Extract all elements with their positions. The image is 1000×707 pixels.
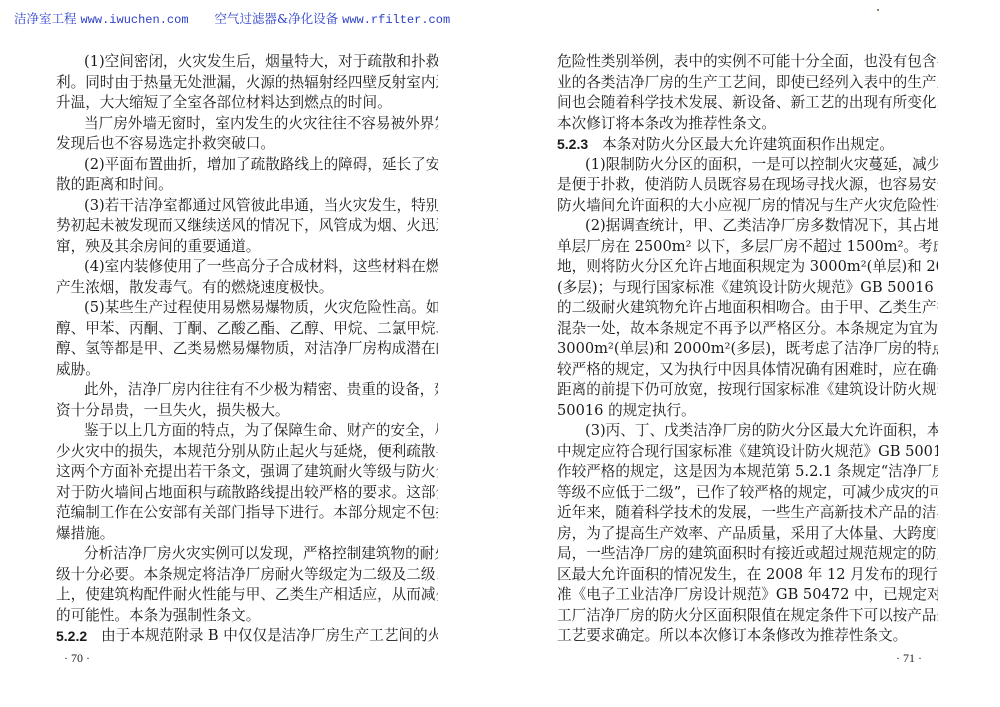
text-line: 近年来，随着科学技术的发展，一些生产高新技术产品的洁净厂: [557, 503, 938, 524]
text-line: 产生浓烟，散发毒气。有的燃烧速度极快。: [56, 278, 438, 299]
text-line: (4)室内装修使用了一些高分子合成材料，这些材料在燃烧时: [56, 257, 438, 278]
site1-url: www.iwuchen.com: [81, 13, 189, 27]
text-line: 鉴于以上几方面的特点，为了保障生命、财产的安全，尽量减: [56, 421, 438, 442]
text-line: 这两个方面补充提出若干条文，强调了建筑耐火等级与防火分隔，: [56, 462, 438, 483]
text-line: (3)若干洁净室都通过风管彼此串通，当火灾发生，特别是火: [56, 196, 438, 217]
section-5-2-3-line: 5.2.3本条对防火分区最大允许建筑面积作出规定。: [557, 134, 938, 155]
text-line: 利。同时由于热量无处泄漏，火源的热辐射经四壁反射室内迅速: [56, 73, 438, 94]
text-line: (2)平面布置曲折，增加了疏散路线上的障碍，延长了安全疏: [56, 155, 438, 176]
site1-name: 洁净室工程: [14, 11, 77, 26]
text-line: (1)限制防火分区的面积，一是可以控制火灾蔓延，减少损失；二: [557, 155, 938, 176]
section-text: 由于本规范附录 B 中仅仅是洁净厂房生产工艺间的火灾: [101, 626, 438, 647]
text-line: 工厂洁净厂房的防火分区面积限值在规定条件下可以按产品生产: [557, 606, 938, 627]
text-line: 级十分必要。本条规定将洁净厂房耐火等级定为二级及二级以: [56, 565, 438, 586]
text-line: 发现后也不容易选定扑救突破口。: [56, 134, 438, 155]
text-line: (3)丙、丁、戊类洁净厂房的防火分区最大允许面积，本次修订: [557, 421, 938, 442]
text-line: 爆措施。: [56, 524, 438, 545]
text-line: 混杂一处，故本条规定不再予以严格区分。本条规定为宜为: [557, 319, 938, 340]
text-line: 业的各类洁净厂房的生产工艺间，即使已经列入表中的生产工艺: [557, 73, 938, 94]
text-line: 地，则将防火分区允许占地面积规定为 3000m²(单层)和 2000m²: [557, 257, 938, 278]
section-number: 5.2.3: [557, 136, 588, 152]
text-line: 威胁。: [56, 360, 438, 381]
text-line: 中规定应符合现行国家标准《建筑设计防火规范》GB 50016，不再: [557, 442, 938, 463]
text-line: 少火灾中的损失，本规范分别从防止起火与延烧，便利疏散与抢救: [56, 442, 438, 463]
section-5-2-2-line: 5.2.2 由于本规范附录 B 中仅仅是洁净厂房生产工艺间的火灾: [56, 626, 438, 647]
text-line: 准《电子工业洁净厂房设计规范》GB 50472 中，已规定对丙类电子: [557, 585, 938, 606]
text-line: 等级不应低于二级”，已作了较严格的规定，可减少成灾的可能性。: [557, 483, 938, 504]
site2-url: www.rfilter.com: [342, 13, 450, 27]
section-text: 本条对防火分区最大允许建筑面积作出规定。: [602, 136, 894, 153]
text-line: 此外，洁净厂房内往往有不少极为精密、贵重的设备，建设投: [56, 380, 438, 401]
watermark-header: 洁净室工程 www.iwuchen.com 空气过滤器&净化设备 www.rfi…: [14, 9, 450, 27]
text-line: 间也会随着科学技术发展、新设备、新工艺的出现有所变化，所以: [557, 93, 938, 114]
text-line: (2)据调查统计，甲、乙类洁净厂房多数情况下，其占地面积，: [557, 216, 938, 237]
text-line: 本次修订将本条改为推荐性条文。: [557, 114, 938, 135]
text-line: (多层)；与现行国家标准《建筑设计防火规范》GB 50016 甲类生产: [557, 278, 938, 299]
text-line: 局，一些洁净厂房的建筑面积时有接近或超过规范规定的防火分: [557, 544, 938, 565]
text-line: 3000m²(单层)和 2000m²(多层)，既考虑了洁净厂房的特点作了: [557, 339, 938, 360]
text-line: 是便于扑救，使消防人员既容易在现场寻找火源，也容易安全撤离。: [557, 175, 938, 196]
text-line: (5)某些生产过程使用易燃易爆物质，火灾危险性高。如甲: [56, 298, 438, 319]
page-number-right: · 71 ·: [896, 651, 922, 666]
text-line: 作较严格的规定，这是因为本规范第 5.2.1 条规定“洁净厂房耐火: [557, 462, 938, 483]
text-line: 的可能性。本条为强制性条文。: [56, 606, 438, 627]
text-line: 上，使建筑构配件耐火性能与甲、乙类生产相适应，从而减少成灾: [56, 585, 438, 606]
right-page-text: 危险性类别举例，表中的实例不可能十分全面，也没有包含各行各 业的各类洁净厂房的生…: [557, 52, 938, 647]
left-page-text: (1)空间密闭，火灾发生后，烟量特大，对于疏散和扑救极为不 利。同时由于热量无处…: [56, 52, 438, 647]
text-line: 势初起未被发现而又继续送风的情况下，风管成为烟、火迅速外: [56, 216, 438, 237]
text-line: 房，为了提高生产效率、产品质量，采用了大体量、大跨度的厂房布: [557, 524, 938, 545]
text-line: 危险性类别举例，表中的实例不可能十分全面，也没有包含各行各: [557, 52, 938, 73]
text-line: 较严格的规定，又为执行中因具体情况确有困难时，应在确保疏散: [557, 360, 938, 381]
text-line: 工艺要求确定。所以本次修订本条修改为推荐性条文。: [557, 626, 938, 647]
text-line: 窜，殃及其余房间的重要通道。: [56, 237, 438, 258]
text-line: 散的距离和时间。: [56, 175, 438, 196]
text-line: 分析洁净厂房火灾实例可以发现，严格控制建筑物的耐火等: [56, 544, 438, 565]
text-line: 范编制工作在公安部有关部门指导下进行。本部分规定不包括防: [56, 503, 438, 524]
text-line: 50016 的规定执行。: [557, 401, 938, 422]
text-line: 升温，大大缩短了全室各部位材料达到燃点的时间。: [56, 93, 438, 114]
text-line: 对于防火墙间占地面积与疏散路线提出较严格的要求。这部分规: [56, 483, 438, 504]
text-line: 醇、氢等都是甲、乙类易燃易爆物质，对洁净厂房构成潜在的火灾: [56, 339, 438, 360]
text-line: 单层厂房在 2500m² 以下，多层厂房不超过 1500m²。考虑略留余: [557, 237, 938, 258]
text-line: 防火墙间允许面积的大小应视厂房的情况与生产火灾危险性确定。: [557, 196, 938, 217]
page-number-left: · 70 ·: [64, 651, 90, 666]
text-line: 资十分昂贵，一旦失火，损失极大。: [56, 401, 438, 422]
text-line: 距离的前提下仍可放宽，按现行国家标准《建筑设计防火规范》GB: [557, 380, 938, 401]
text-line: 的二级耐火建筑物允许占地面积相吻合。由于甲、乙类生产往往: [557, 298, 938, 319]
text-line: 醇、甲苯、丙酮、丁酮、乙酸乙酯、乙醇、甲烷、二氯甲烷、硅烷、异丙: [56, 319, 438, 340]
text-line: 区最大允许面积的情况发生，在 2008 年 12 月发布的现行国家标: [557, 565, 938, 586]
scan-speck: [877, 9, 879, 11]
text-line: (1)空间密闭，火灾发生后，烟量特大，对于疏散和扑救极为不: [56, 52, 438, 73]
site2-name: 空气过滤器&净化设备: [215, 11, 339, 26]
text-line: 当厂房外墙无窗时，室内发生的火灾往往不容易被外界发现，: [56, 114, 438, 135]
section-number: 5.2.2: [56, 626, 87, 647]
